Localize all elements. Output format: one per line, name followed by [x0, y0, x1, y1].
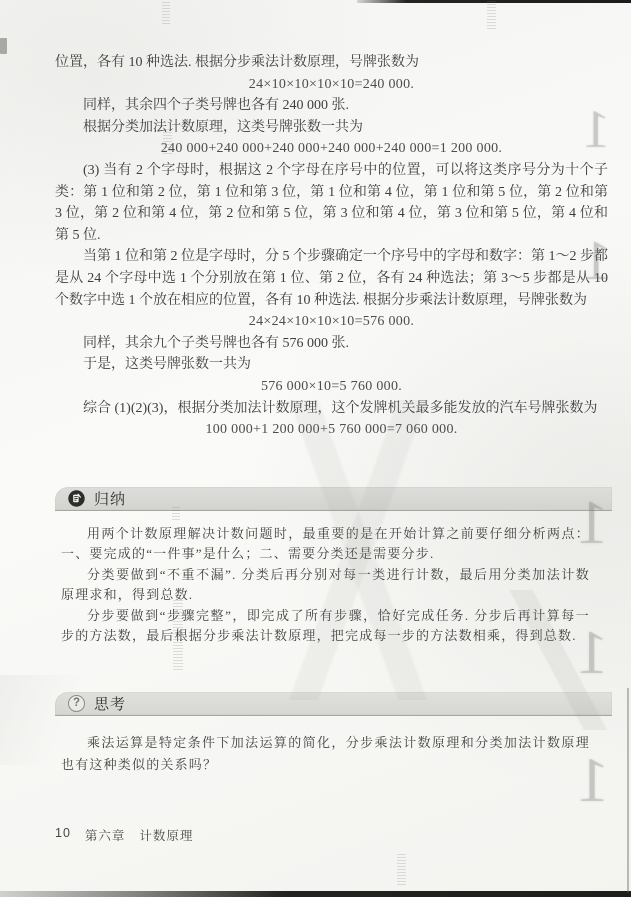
- notebook-icon: [68, 490, 85, 507]
- scan-smudge: [487, 1, 496, 29]
- formula-line: 24×24×10×10×10=576 000.: [55, 311, 608, 333]
- scan-edge-right-line: [627, 688, 629, 893]
- body-paragraph: 同样，其余四个子类号牌也各有 240 000 张.: [55, 95, 608, 117]
- think-box-header: ? 思考: [55, 692, 612, 716]
- scan-smudge: [162, 2, 170, 24]
- question-icon: ?: [68, 695, 85, 712]
- summary-paragraph: 分步要做到“步骤完整”，即完成了所有步骤，恰好完成任务. 分步后再计算每一步的方…: [61, 606, 590, 647]
- scan-smudge: [397, 852, 406, 885]
- think-box-label: 思考: [94, 693, 126, 714]
- formula-line: 24×10×10×10×10=240 000.: [55, 74, 608, 96]
- summary-box: 归纳 用两个计数原理解决计数问题时，最重要的是在开始计算之前要仔细分析两点：一、…: [55, 487, 612, 646]
- formula-line: 100 000+1 200 000+5 760 000=7 060 000.: [55, 419, 608, 441]
- formula-line: 576 000×10=5 760 000.: [55, 376, 608, 398]
- summary-box-header: 归纳: [55, 487, 612, 511]
- summary-box-content: 用两个计数原理解决计数问题时，最重要的是在开始计算之前要仔细分析两点：一、要完成…: [55, 511, 600, 646]
- body-paragraph: 综合 (1)(2)(3)，根据分类加法计数原理，这个发牌机关最多能发放的汽车号牌…: [55, 398, 608, 420]
- body-paragraph: 位置，各有 10 种选法. 根据分步乘法计数原理，号牌张数为: [55, 52, 608, 74]
- think-box: ? 思考 乘法运算是特定条件下加法运算的简化，分步乘法计数原理和分类加法计数原理…: [55, 692, 612, 775]
- summary-box-label: 归纳: [94, 488, 126, 509]
- page-footer: 10 第六章 计数原理: [55, 826, 193, 844]
- scan-edge-bottom: [0, 891, 631, 897]
- summary-paragraph: 分类要做到“不重不漏”. 分类后再分别对每一类进行计数，最后用分类加法计数原理求…: [61, 565, 590, 606]
- scan-smudge: [0, 38, 7, 54]
- body-paragraph: 同样，其余九个子类号牌也各有 576 000 张.: [55, 333, 608, 355]
- think-paragraph: 乘法运算是特定条件下加法运算的简化，分步乘法计数原理和分类加法计数原理也有这种类…: [61, 732, 590, 775]
- summary-paragraph: 用两个计数原理解决计数问题时，最重要的是在开始计算之前要仔细分析两点：一、要完成…: [61, 524, 590, 565]
- body-paragraph: 于是，这类号牌张数一共为: [55, 354, 608, 376]
- think-box-content: 乘法运算是特定条件下加法运算的简化，分步乘法计数原理和分类加法计数原理也有这种类…: [55, 716, 600, 775]
- page-number: 10: [55, 826, 71, 844]
- main-text-column: 位置，各有 10 种选法. 根据分步乘法计数原理，号牌张数为 24×10×10×…: [55, 52, 608, 441]
- body-paragraph: (3) 当有 2 个字母时，根据这 2 个字母在序号中的位置，可以将这类序号分为…: [55, 160, 608, 246]
- body-paragraph: 当第 1 位和第 2 位是字母时，分 5 个步骤确定一个序号中的字母和数字：第 …: [55, 246, 608, 311]
- formula-line: 240 000+240 000+240 000+240 000+240 000=…: [55, 138, 608, 160]
- scan-edge-top: [357, 0, 631, 3]
- chapter-title: 计数原理: [139, 826, 193, 844]
- body-paragraph: 根据分类加法计数原理，这类号牌张数一共为: [55, 117, 608, 139]
- chapter-label: 第六章: [85, 826, 126, 844]
- textbook-page: 位置，各有 10 种选法. 根据分步乘法计数原理，号牌张数为 24×10×10×…: [0, 0, 631, 897]
